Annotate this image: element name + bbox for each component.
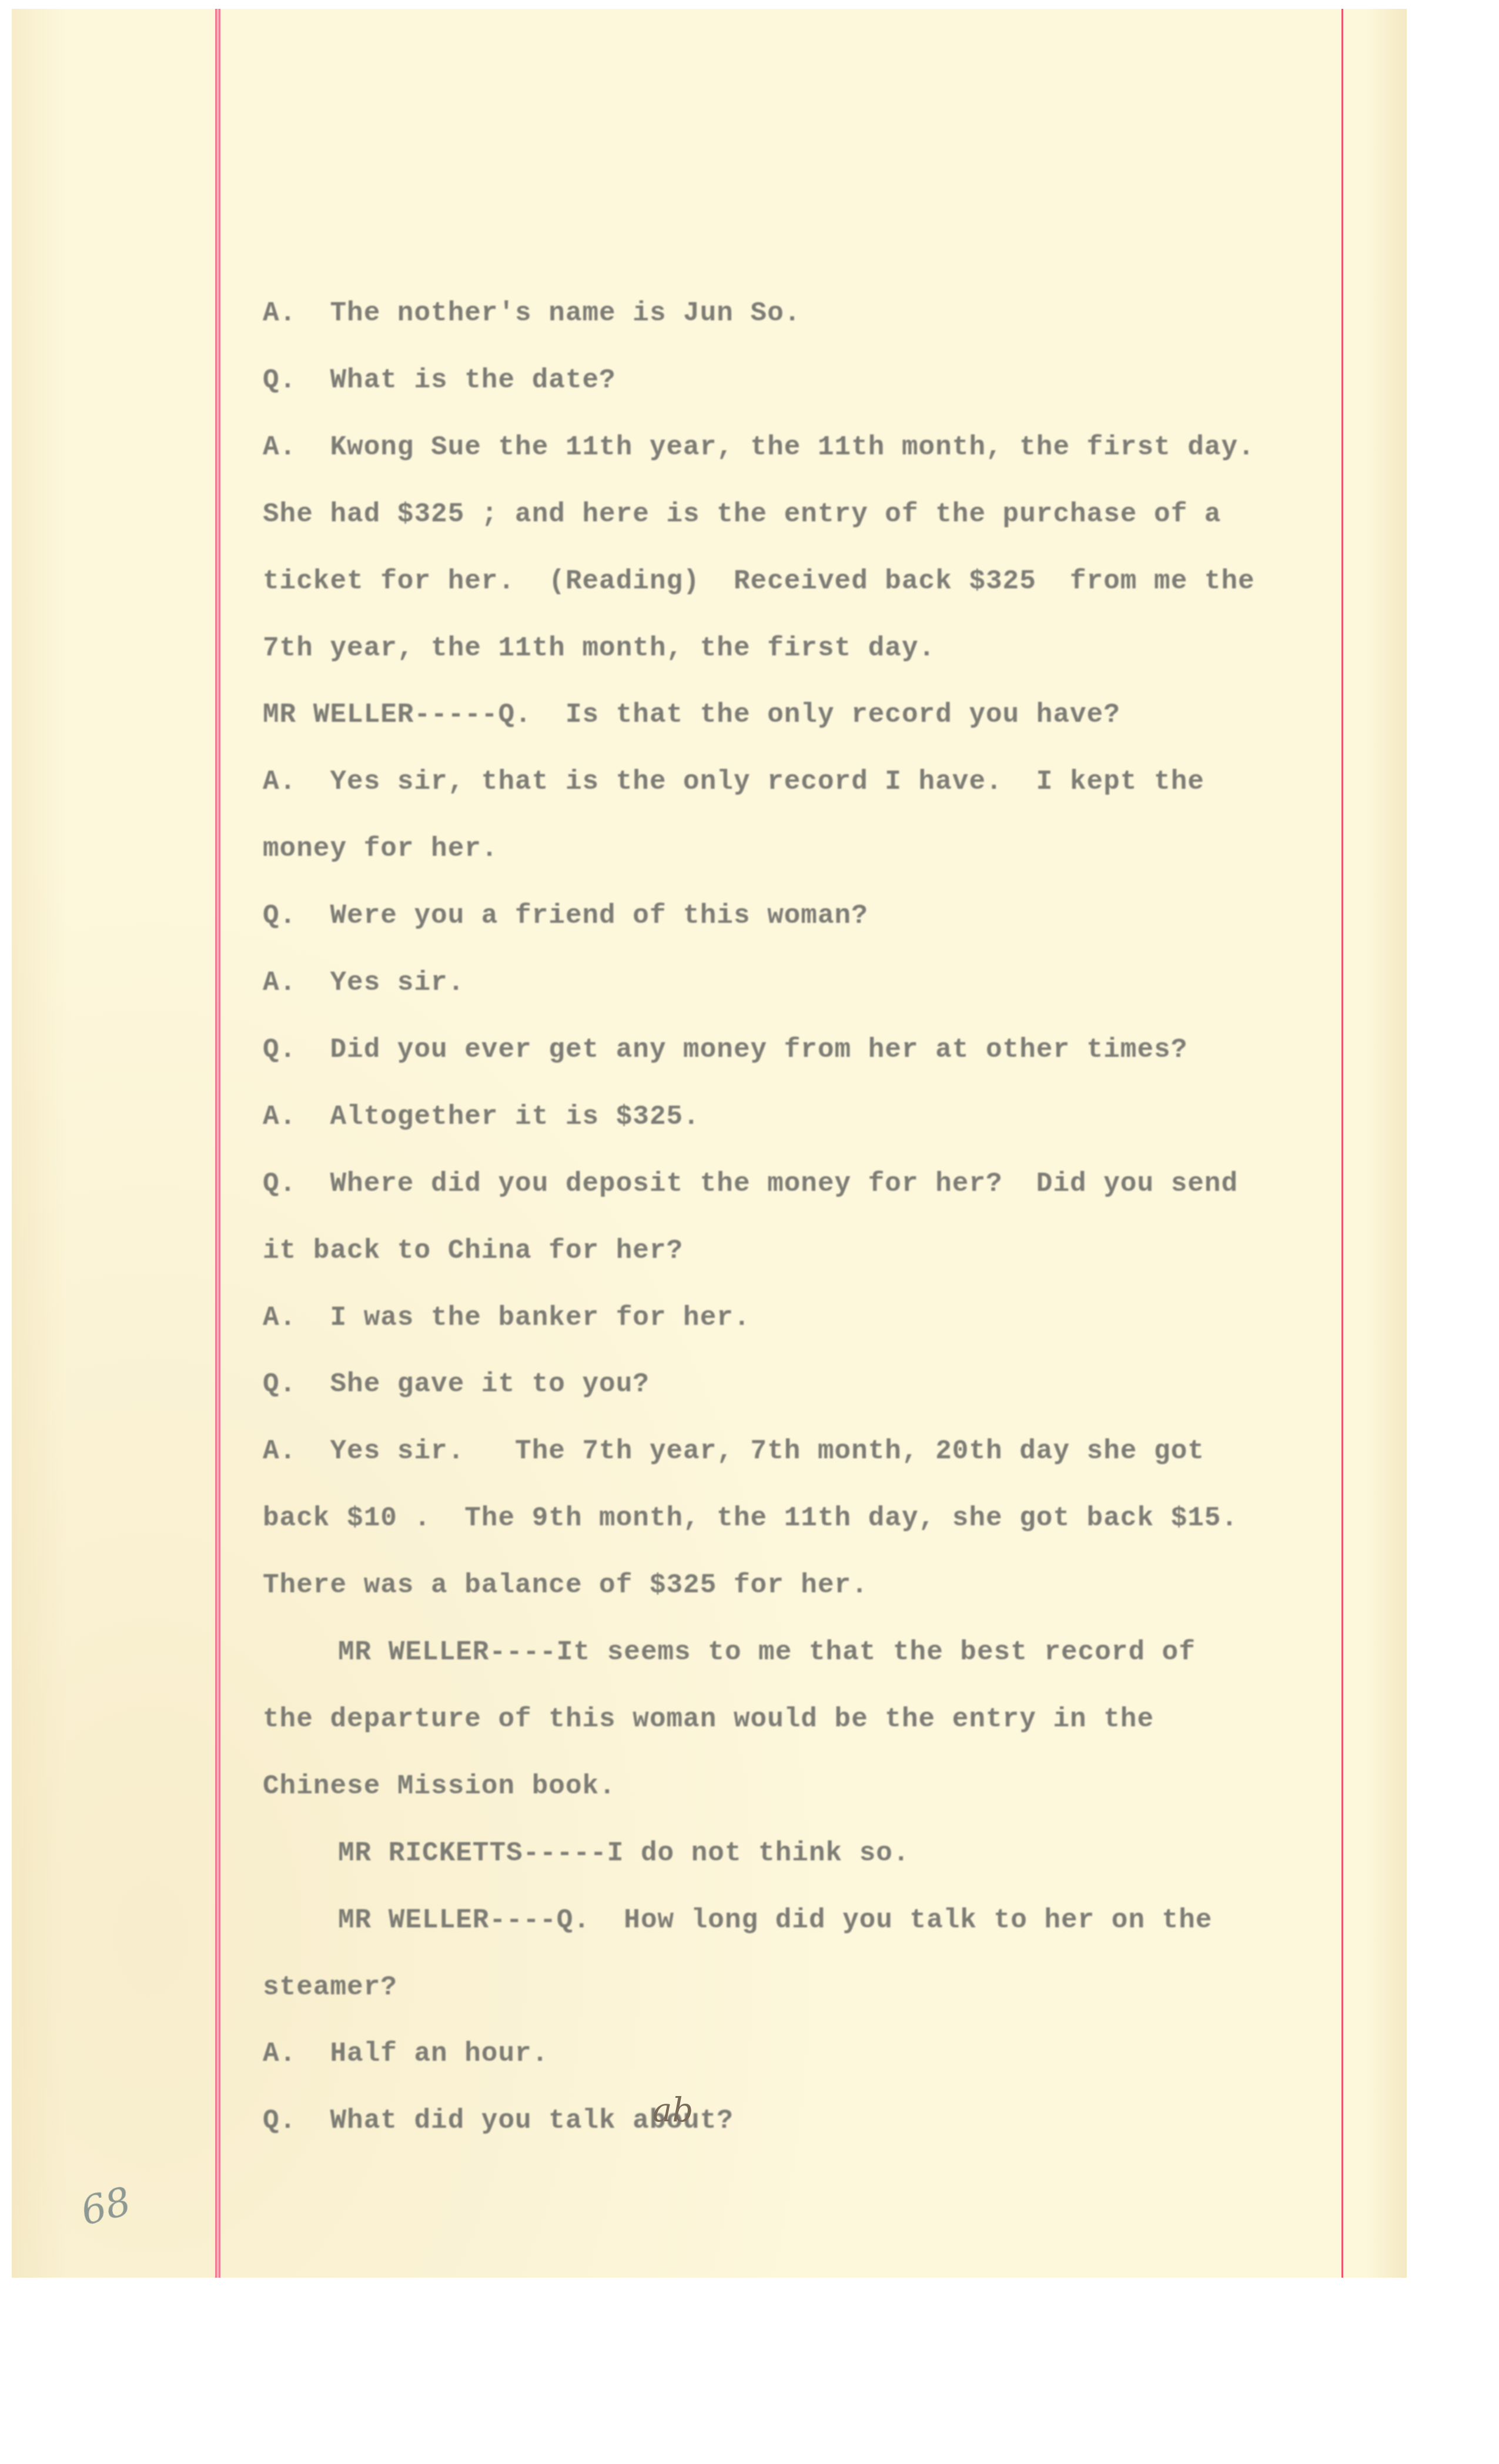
- transcript-line: steamer?: [263, 1971, 397, 2004]
- handwritten-correction: ab: [653, 2091, 693, 2130]
- transcript-line: money for her.: [263, 832, 498, 865]
- transcript-line: A. Altogether it is $325.: [263, 1100, 700, 1133]
- transcript-line: MR WELLER-----Q. Is that the only record…: [263, 698, 1120, 731]
- transcript-line: MR WELLER----It seems to me that the bes…: [338, 1636, 1196, 1669]
- transcript-line: Q. Did you ever get any money from her a…: [263, 1033, 1187, 1066]
- left-margin-double-rule: [215, 9, 220, 2278]
- transcript-line: A. I was the banker for her.: [263, 1301, 751, 1334]
- transcript-line: Q. She gave it to you?: [263, 1368, 650, 1401]
- transcript-line: A. Kwong Sue the 11th year, the 11th mon…: [263, 431, 1255, 464]
- transcript-line: A. Yes sir, that is the only record I ha…: [263, 765, 1204, 798]
- transcript-line: Q. Were you a friend of this woman?: [263, 899, 868, 932]
- transcript-line: There was a balance of $325 for her.: [263, 1569, 868, 1602]
- document-page: A. The nother's name is Jun So.Q. What i…: [12, 9, 1407, 2278]
- transcript-line: MR WELLER----Q. How long did you talk to…: [338, 1904, 1212, 1937]
- transcript-line: Q. What is the date?: [263, 364, 616, 397]
- transcript-line: A. Half an hour.: [263, 2037, 548, 2070]
- transcript-line: it back to China for her?: [263, 1234, 683, 1267]
- transcript-line: A. Yes sir.: [263, 966, 464, 999]
- transcript-line: Q. Where did you deposit the money for h…: [263, 1167, 1238, 1200]
- transcript-line: A. Yes sir. The 7th year, 7th month, 20t…: [263, 1435, 1204, 1468]
- handwritten-page-number: 68: [76, 2178, 135, 2234]
- transcript-line: She had $325 ; and here is the entry of …: [263, 498, 1221, 531]
- transcript-line: MR RICKETTS-----I do not think so.: [338, 1837, 910, 1870]
- transcript-line: ticket for her. (Reading) Received back …: [263, 565, 1255, 598]
- transcript-line: A. The nother's name is Jun So.: [263, 297, 801, 330]
- transcript-line: Chinese Mission book.: [263, 1770, 616, 1803]
- transcript-line: 7th year, the 11th month, the first day.: [263, 632, 935, 665]
- transcript-line: the departure of this woman would be the…: [263, 1703, 1154, 1736]
- transcript-line: back $10 . The 9th month, the 11th day, …: [263, 1502, 1238, 1535]
- right-margin-rule: [1341, 9, 1343, 2278]
